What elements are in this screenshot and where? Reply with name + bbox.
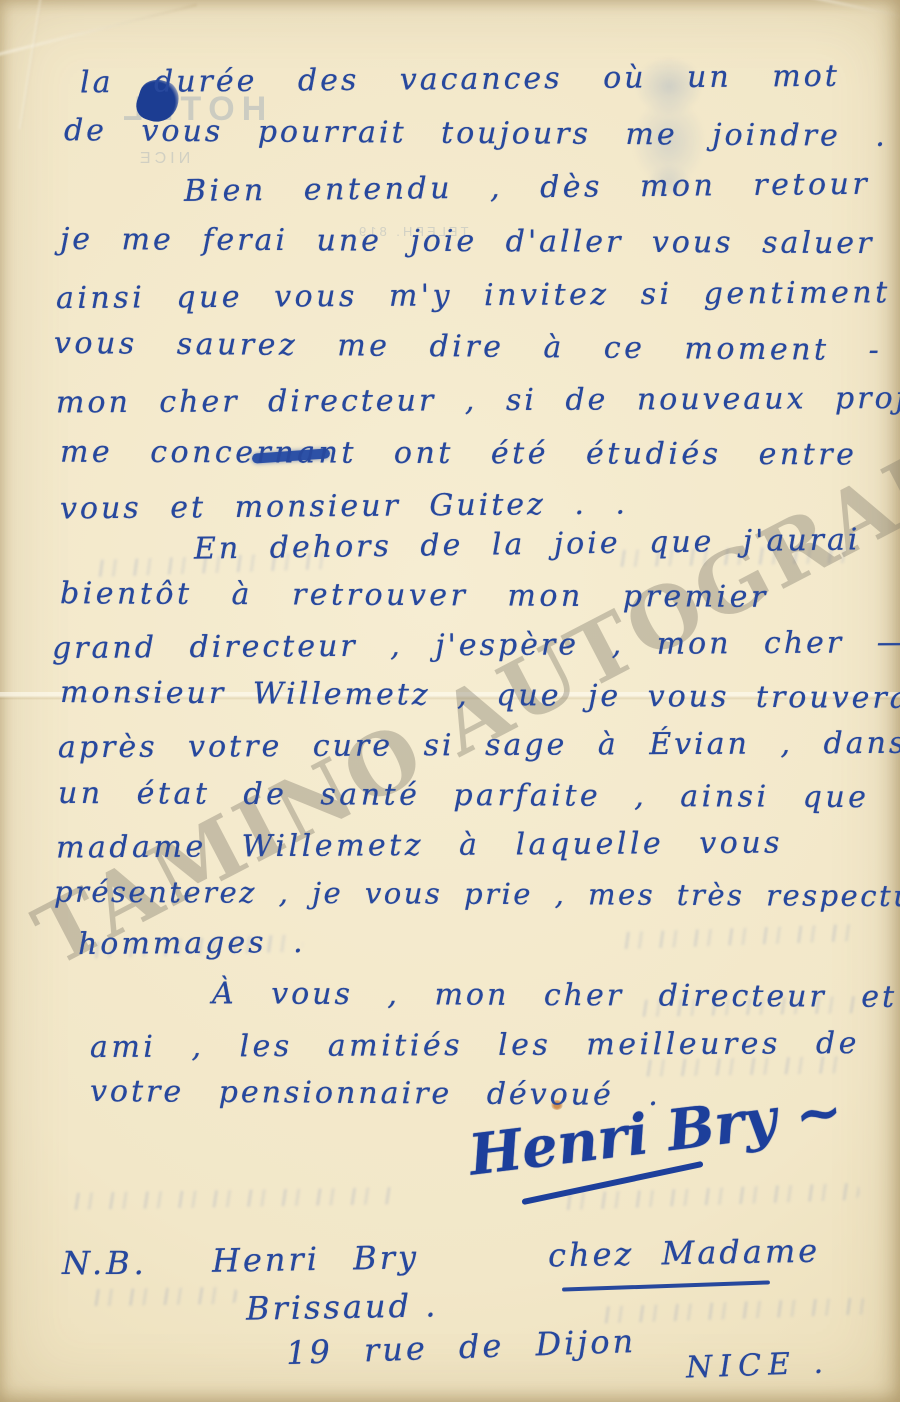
- corner-crease: [801, 0, 900, 21]
- postscript-name: Henri Bry: [212, 1238, 420, 1280]
- letter-line: je me ferai une joie d'aller vous saluer: [60, 222, 875, 261]
- letter-line: la durée des vacances où un mot: [80, 59, 840, 101]
- letter-line: de vous pourrait toujours me joindre .: [64, 113, 888, 154]
- showthrough-scribble: [88, 1287, 238, 1307]
- letter-line: votre pensionnaire dévoué .: [90, 1074, 661, 1113]
- letter-line: présenterez , je vous prie , mes très re…: [54, 875, 900, 914]
- postscript-line: 19 rue de Dijon: [285, 1322, 636, 1372]
- letter-line: un état de santé parfaite , ainsi que: [58, 776, 870, 815]
- letter-line: vous saurez me dire à ce moment - là !: [54, 326, 900, 369]
- letter-line: grand directeur , j'espère , mon cher —: [52, 625, 900, 666]
- postscript-line: Brissaud .: [246, 1286, 439, 1327]
- letter-line: madame Willemetz à laquelle vous: [56, 825, 783, 865]
- letter-line: après votre cure si sage à Évian , dans: [58, 726, 900, 765]
- postscript-label: N.B.: [62, 1244, 148, 1282]
- postscript-underline: [562, 1280, 770, 1291]
- letter-line: ainsi que vous m'y invitez si gentiment …: [56, 275, 900, 316]
- postscript-city: NICE .: [685, 1345, 830, 1385]
- showthrough-scribble: [618, 924, 863, 950]
- corner-crease: [19, 0, 44, 129]
- letter-line: bientôt à retrouver mon premier: [60, 576, 769, 615]
- showthrough-city-text: NICE: [136, 150, 190, 168]
- letter-line: vous et monsieur Guitez . .: [60, 487, 628, 527]
- showthrough-scribble: [598, 1297, 868, 1323]
- letter-line: mon cher directeur , si de nouveaux proj…: [56, 381, 900, 421]
- letter-line: ami , les amitiés les meilleures de: [90, 1026, 860, 1065]
- letter-page: HOTEL NICE TELEPH. 819 TAMINO AUTOGRAPHS…: [0, 0, 900, 1402]
- letter-line: hommages .: [78, 925, 306, 962]
- letter-line: monsieur Willemetz , que je vous trouver…: [60, 675, 900, 716]
- letter-line: Bien entendu , dès mon retour ,: [184, 166, 900, 209]
- letter-line: me concernant ont été étudiés entre: [60, 435, 857, 473]
- showthrough-scribble: [68, 1187, 398, 1210]
- corner-crease: [0, 3, 197, 59]
- letter-line: À vous , mon cher directeur et: [212, 976, 897, 1015]
- postscript-chez: chez Madame: [548, 1232, 821, 1275]
